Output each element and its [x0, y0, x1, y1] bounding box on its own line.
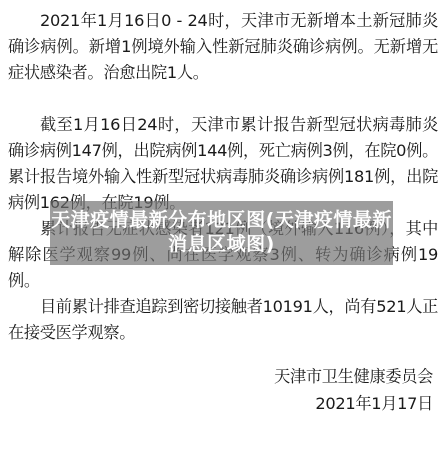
- paragraph-daily-update: 2021年1月16日0 - 24时，天津市无新增本土新冠肺炎确诊病例。新增1例境…: [8, 8, 438, 86]
- article-body: 2021年1月16日0 - 24时，天津市无新增本土新冠肺炎确诊病例。新增1例境…: [8, 8, 438, 346]
- paragraph-gap: [8, 86, 438, 112]
- image-caption-overlay: 天津疫情最新分布地区图(天津疫情最新消息区域图): [50, 201, 393, 265]
- signature-date: 2021年1月17日: [274, 390, 433, 417]
- signature-organization: 天津市卫生健康委员会: [274, 363, 433, 390]
- signature-block: 天津市卫生健康委员会 2021年1月17日: [274, 363, 433, 417]
- overlay-title: 天津疫情最新分布地区图(天津疫情最新消息区域图): [51, 209, 392, 255]
- paragraph-close-contacts: 目前累计排查追踪到密切接触者10191人，尚有521人正在接受医学观察。: [8, 294, 438, 346]
